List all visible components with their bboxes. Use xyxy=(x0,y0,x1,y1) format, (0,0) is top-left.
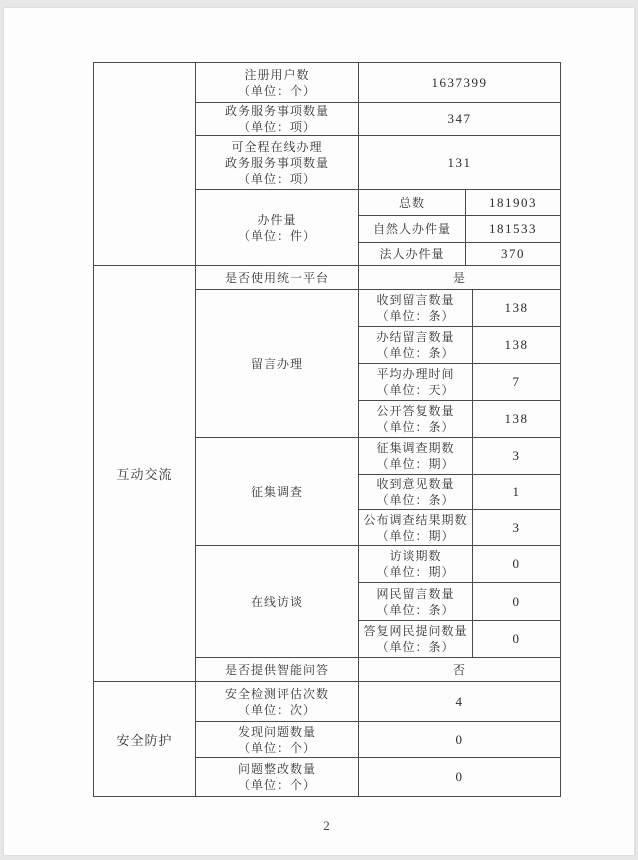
label-line: 征集调查期数 xyxy=(359,440,472,456)
cell-label-survey-issues: 征集调查期数 （单位：期） xyxy=(359,438,473,475)
label-line: 收到留言数量 xyxy=(359,292,472,308)
cell-value-service-items: 347 xyxy=(359,103,561,136)
label-line: 政务服务事项数量 xyxy=(196,155,358,171)
label-unit-line: （单位：个） xyxy=(196,83,358,99)
section-label-interaction: 互动交流 xyxy=(94,266,196,682)
cell-label-smart-qa: 是否提供智能问答 xyxy=(196,658,359,682)
label-unit-line: （单位：个） xyxy=(196,777,358,793)
cell-value-online-service-items: 131 xyxy=(359,136,561,190)
label-unit-line: （单位：条） xyxy=(359,345,472,361)
label-line: 公开答复数量 xyxy=(359,403,472,419)
label-unit-line: （单位：次） xyxy=(196,702,358,718)
cell-value-unified-platform: 是 xyxy=(359,266,561,290)
section-label-security: 安全防护 xyxy=(94,682,196,797)
cell-value-total: 181903 xyxy=(466,190,561,216)
cell-label-unified-platform: 是否使用统一平台 xyxy=(196,266,359,290)
cell-label-netizen-messages: 网民留言数量 （单位：条） xyxy=(359,583,473,621)
cell-label-opinions-received: 收到意见数量 （单位：条） xyxy=(359,475,473,510)
cell-value-survey-issues: 3 xyxy=(473,438,561,475)
cell-label-interview-issues: 访谈期数 （单位：期） xyxy=(359,546,473,583)
cell-label-average-handling-time: 平均办理时间 （单位：天） xyxy=(359,364,473,401)
label-unit-line: （单位：条） xyxy=(359,602,472,618)
label-line: 网民留言数量 xyxy=(359,586,472,602)
label-unit-line: （单位：项） xyxy=(196,171,358,187)
cell-value-legal-person: 370 xyxy=(466,243,561,266)
cell-value-problems-found: 0 xyxy=(359,722,561,758)
label-unit-line: （单位：条） xyxy=(359,419,472,435)
cell-value-problems-rectified: 0 xyxy=(359,758,561,797)
label-line: 收到意见数量 xyxy=(359,476,472,492)
cell-label-problems-rectified: 问题整改数量 （单位：个） xyxy=(196,758,359,797)
label-line: 发现问题数量 xyxy=(196,724,358,740)
document-page: 注册用户数 （单位：个） 1637399 政务服务事项数量 （单位：项） 347… xyxy=(4,8,634,855)
cell-label-legal-person: 法人办件量 xyxy=(359,243,466,266)
cell-value-public-replies: 138 xyxy=(473,401,561,438)
label-unit-line: （单位：条） xyxy=(359,639,472,655)
cell-value-messages-resolved: 138 xyxy=(473,327,561,364)
cell-label-messages-resolved: 办结留言数量 （单位：条） xyxy=(359,327,473,364)
label-line: 平均办理时间 xyxy=(359,366,472,382)
page-number: 2 xyxy=(93,818,560,834)
cell-label-natural-person: 自然人办件量 xyxy=(359,216,466,243)
label-line: 注册用户数 xyxy=(196,67,358,83)
label-line: 访谈期数 xyxy=(359,548,472,564)
viewer-background: { "page": { "number": "2" }, "table": { … xyxy=(0,0,638,860)
cell-value-registered-users: 1637399 xyxy=(359,63,561,103)
cell-value-security-assessments: 4 xyxy=(359,682,561,722)
cell-label-survey-results-published: 公布调查结果期数 （单位：期） xyxy=(359,510,473,546)
cell-group-label-online-interview: 在线访谈 xyxy=(196,546,359,658)
label-line: 安全检测评估次数 xyxy=(196,686,358,702)
cell-value-netizen-questions-answered: 0 xyxy=(473,621,561,658)
report-table: 注册用户数 （单位：个） 1637399 政务服务事项数量 （单位：项） 347… xyxy=(93,62,560,797)
label-unit-line: （单位：天） xyxy=(359,382,472,398)
label-unit-line: （单位：期） xyxy=(359,564,472,580)
service-section-table: 注册用户数 （单位：个） 1637399 政务服务事项数量 （单位：项） 347… xyxy=(93,62,561,266)
cell-value-average-handling-time: 7 xyxy=(473,364,561,401)
label-unit-line: （单位：期） xyxy=(359,456,472,472)
cell-value-messages-received: 138 xyxy=(473,290,561,327)
cell-label-online-service-items: 可全程在线办理 政务服务事项数量 （单位：项） xyxy=(196,136,359,190)
cell-value-netizen-messages: 0 xyxy=(473,583,561,621)
cell-label-service-items: 政务服务事项数量 （单位：项） xyxy=(196,103,359,136)
label-line: 政务服务事项数量 xyxy=(196,103,358,119)
label-line: 办结留言数量 xyxy=(359,329,472,345)
cell-group-label-survey: 征集调查 xyxy=(196,438,359,546)
section-label-empty xyxy=(94,63,196,266)
label-line: 可全程在线办理 xyxy=(196,139,358,155)
cell-value-smart-qa: 否 xyxy=(359,658,561,682)
cell-label-netizen-questions-answered: 答复网民提问数量 （单位：条） xyxy=(359,621,473,658)
label-unit-line: （单位：条） xyxy=(359,492,472,508)
cell-value-natural-person: 181533 xyxy=(466,216,561,243)
cell-value-survey-results-published: 3 xyxy=(473,510,561,546)
cell-label-total: 总数 xyxy=(359,190,466,216)
label-line: 答复网民提问数量 xyxy=(359,623,472,639)
cell-label-public-replies: 公开答复数量 （单位：条） xyxy=(359,401,473,438)
label-unit-line: （单位：项） xyxy=(196,119,358,135)
cell-value-interview-issues: 0 xyxy=(473,546,561,583)
label-line: 公布调查结果期数 xyxy=(359,512,472,528)
cell-value-opinions-received: 1 xyxy=(473,475,561,510)
label-line: 办件量 xyxy=(196,212,358,228)
label-unit-line: （单位：个） xyxy=(196,740,358,756)
cell-label-messages-received: 收到留言数量 （单位：条） xyxy=(359,290,473,327)
cell-label-registered-users: 注册用户数 （单位：个） xyxy=(196,63,359,103)
cell-label-security-assessments: 安全检测评估次数 （单位：次） xyxy=(196,682,359,722)
label-unit-line: （单位：期） xyxy=(359,528,472,544)
cell-label-problems-found: 发现问题数量 （单位：个） xyxy=(196,722,359,758)
label-unit-line: （单位：条） xyxy=(359,308,472,324)
interaction-section-table: 互动交流 是否使用统一平台 是 留言办理 收到留言数量 （单位：条） 138 办… xyxy=(93,265,561,682)
label-line: 问题整改数量 xyxy=(196,761,358,777)
cell-group-label-message-handling: 留言办理 xyxy=(196,290,359,438)
security-section-table: 安全防护 安全检测评估次数 （单位：次） 4 发现问题数量 （单位：个） 0 xyxy=(93,681,561,797)
label-unit-line: （单位：件） xyxy=(196,228,358,244)
cell-group-label-case-volume: 办件量 （单位：件） xyxy=(196,190,359,266)
